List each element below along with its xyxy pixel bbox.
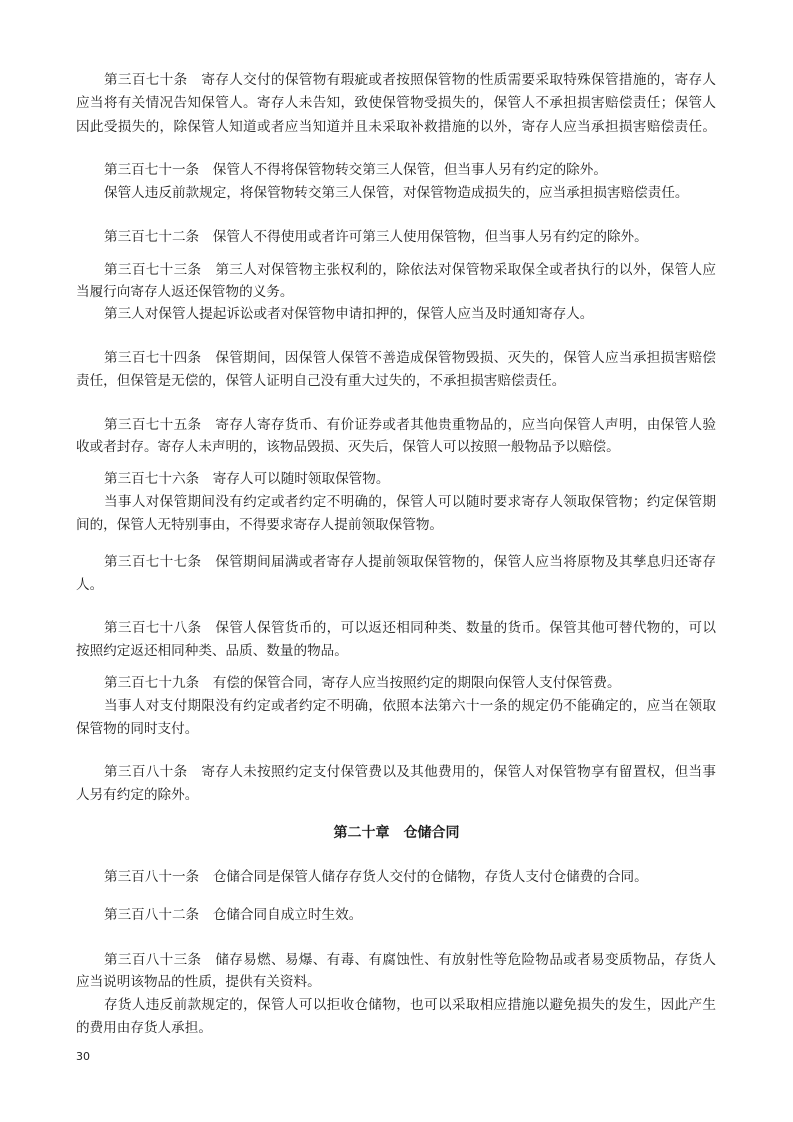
article-374-line-2: 责任，但保管是无偿的，保管人证明自己没有重大过失的，不承担损害赔偿责任。 [76,370,716,392]
article-379-line-3: 保管物的同时支付。 [76,718,716,740]
article-380-line-2: 人另有约定的除外。 [76,784,716,806]
article-375-line-1: 第三百七十五条 寄存人寄存货币、有价证券或者其他贵重物品的，应当向保管人声明，由… [104,414,716,436]
article-370-line-2: 应当将有关情况告知保管人。寄存人未告知，致使保管物受损失的，保管人不承担损害赔偿… [76,92,716,114]
article-370-line-3: 因此受损失的，除保管人知道或者应当知道并且未采取补救措施的以外，寄存人应当承担损… [76,116,716,138]
article-376-line-1: 第三百七十六条 寄存人可以随时领取保管物。 [104,468,716,490]
article-383-line-4: 的费用由存货人承担。 [76,1017,716,1039]
article-379-line-1: 第三百七十九条 有偿的保管合同，寄存人应当按照约定的期限向保管人支付保管费。 [104,672,716,694]
article-376-line-3: 间的，保管人无特别事由，不得要求寄存人提前领取保管物。 [76,514,716,536]
article-373-line-3: 第三人对保管人提起诉讼或者对保管物申请扣押的，保管人应当及时通知寄存人。 [104,303,716,325]
article-372-line-1: 第三百七十二条 保管人不得使用或者许可第三人使用保管物，但当事人另有约定的除外。 [104,226,716,248]
article-383-line-2: 应当说明该物品的性质，提供有关资料。 [76,971,716,993]
article-383-line-1: 第三百八十三条 储存易燃、易爆、有毒、有腐蚀性、有放射性等危险物品或者易变质物品… [104,949,716,971]
article-371-line-1: 第三百七十一条 保管人不得将保管物转交第三人保管，但当事人另有约定的除外。 [104,159,716,181]
page-number: 30 [76,1049,90,1065]
article-378-line-1: 第三百七十八条 保管人保管货币的，可以返还相同种类、数量的货币。保管其他可替代物… [104,617,716,639]
chapter-heading: 第二十章 仓储合同 [0,822,793,844]
article-376-line-2: 当事人对保管期间没有约定或者约定不明确的，保管人可以随时要求寄存人领取保管物；约… [104,491,716,513]
article-377-line-1: 第三百七十七条 保管期间届满或者寄存人提前领取保管物的，保管人应当将原物及其孳息… [104,551,716,573]
article-375-line-2: 收或者封存。寄存人未声明的，该物品毁损、灭失后，保管人可以按照一般物品予以赔偿。 [76,436,716,458]
article-378-line-2: 按照约定返还相同种类、品质、数量的物品。 [76,640,716,662]
article-383-line-3: 存货人违反前款规定的，保管人可以拒收仓储物，也可以采取相应措施以避免损失的发生，… [104,994,716,1016]
article-371-line-2: 保管人违反前款规定，将保管物转交第三人保管，对保管物造成损失的，应当承担损害赔偿… [104,182,716,204]
article-379-line-2: 当事人对支付期限没有约定或者约定不明确，依照本法第六十一条的规定仍不能确定的，应… [104,695,716,717]
article-373-line-2: 当履行向寄存人返还保管物的义务。 [76,281,716,303]
article-381-line-1: 第三百八十一条 仓储合同是保管人储存存货人交付的仓储物，存货人支付仓储费的合同。 [104,866,716,888]
article-377-line-2: 人。 [76,574,716,596]
article-380-line-1: 第三百八十条 寄存人未按照约定支付保管费以及其他费用的，保管人对保管物享有留置权… [104,761,716,783]
article-370-line-1: 第三百七十条 寄存人交付的保管物有瑕疵或者按照保管物的性质需要采取特殊保管措施的… [104,69,716,91]
article-373-line-1: 第三百七十三条 第三人对保管物主张权利的，除依法对保管物采取保全或者执行的以外，… [104,259,716,281]
article-382-line-1: 第三百八十二条 仓储合同自成立时生效。 [104,904,716,926]
document-page: 第三百七十条 寄存人交付的保管物有瑕疵或者按照保管物的性质需要采取特殊保管措施的… [0,0,793,1122]
article-374-line-1: 第三百七十四条 保管期间，因保管人保管不善造成保管物毁损、灭失的，保管人应当承担… [104,347,716,369]
